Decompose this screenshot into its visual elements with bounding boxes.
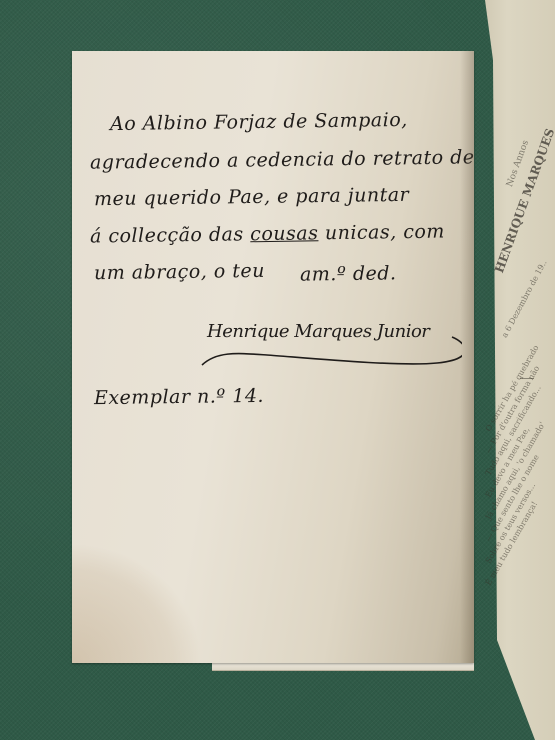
closing-abbreviation: am.º ded. <box>300 262 397 285</box>
line4-suffix: unicas, com <box>318 221 445 245</box>
line4-prefix: á collecção das <box>90 223 251 247</box>
signature-flourish <box>197 333 462 373</box>
dedication-line-5: um abraço, o teu <box>94 260 265 284</box>
right-page-poem: O sorrir ha pé quebrado — Por d'outra fo… <box>488 420 555 596</box>
dedication-line-1: Ao Albino Forjaz de Sampaio, <box>110 109 408 135</box>
dedication-page: Ao Albino Forjaz de Sampaio, agradecendo… <box>72 51 474 663</box>
underlined-word: cousas <box>250 222 318 245</box>
dedication-line-4: á collecção das cousas unicas, com <box>90 221 445 248</box>
exemplar-number: Exemplar n.º 14. <box>94 385 264 409</box>
dedication-line-3: meu querido Pae, e para juntar <box>94 184 409 210</box>
water-stain <box>72 543 202 663</box>
dedication-line-2: agradecendo a cedencia do retrato de <box>90 146 474 173</box>
